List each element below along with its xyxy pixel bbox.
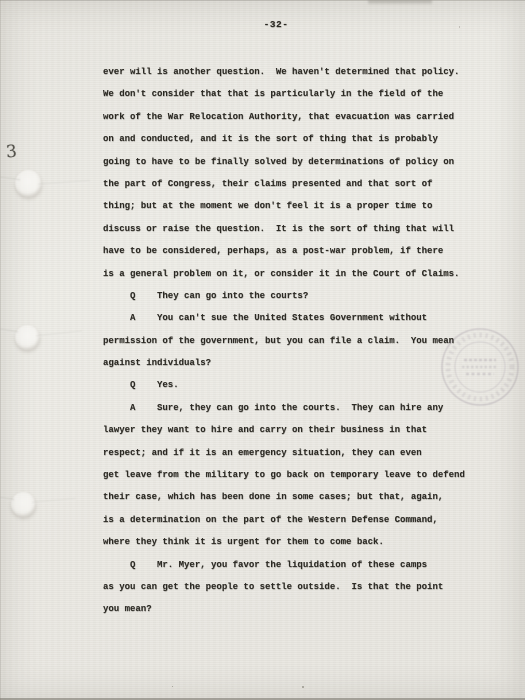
paper-speck bbox=[172, 686, 173, 687]
typed-line: against individuals? bbox=[103, 352, 483, 374]
typed-line: have to be considered, perhaps, as a pos… bbox=[103, 240, 483, 262]
typed-line: is a determination on the part of the We… bbox=[103, 509, 483, 531]
typed-line: thing; but at the moment we don't feel i… bbox=[103, 195, 483, 217]
typed-line-answer: A You can't sue the United States Govern… bbox=[103, 307, 483, 329]
typed-line: permission of the government, but you ca… bbox=[103, 330, 483, 352]
paper-speck bbox=[459, 26, 460, 28]
typed-line: going to have to be finally solved by de… bbox=[103, 151, 483, 173]
paper-speck bbox=[302, 686, 304, 688]
typed-line: where they think it is urgent for them t… bbox=[103, 531, 483, 553]
typed-line: respect; and if it is an emergency situa… bbox=[103, 442, 483, 464]
document-page: -32- 3 ever will is another question. We… bbox=[0, 0, 525, 700]
typed-line: discuss or raise the question. It is the… bbox=[103, 218, 483, 240]
typed-line: is a general problem on it, or consider … bbox=[103, 263, 483, 285]
typed-line: lawyer they want to hire and carry on th… bbox=[103, 419, 483, 441]
paper-crease bbox=[32, 498, 76, 504]
handwritten-margin-note: 3 bbox=[5, 142, 18, 163]
paper-crease bbox=[36, 331, 82, 338]
punch-hole bbox=[15, 170, 42, 197]
page-number: -32- bbox=[246, 19, 306, 31]
typed-line-answer: A Sure, they can go into the courts. The… bbox=[103, 397, 483, 419]
scan-smudge bbox=[368, 0, 432, 5]
typed-line-question: Q Mr. Myer, you favor the liquidation of… bbox=[103, 554, 483, 576]
typed-line: We don't consider that that is particula… bbox=[103, 83, 483, 105]
typed-body-text: ever will is another question. We haven'… bbox=[103, 61, 483, 621]
typed-line: ever will is another question. We haven'… bbox=[103, 61, 483, 83]
typed-line: as you can get the people to settle outs… bbox=[103, 576, 483, 598]
typed-line: their case, which has been done in some … bbox=[103, 486, 483, 508]
typed-line: on and conducted, and it is the sort of … bbox=[103, 128, 483, 150]
typed-line: work of the War Relocation Authority, th… bbox=[103, 106, 483, 128]
typed-line: the part of Congress, their claims prese… bbox=[103, 173, 483, 195]
paper-crease bbox=[38, 180, 90, 186]
typed-line: you mean? bbox=[103, 598, 483, 620]
punch-hole bbox=[15, 325, 40, 350]
typed-line-question: Q Yes. bbox=[103, 374, 483, 396]
typed-line-question: Q They can go into the courts? bbox=[103, 285, 483, 307]
punch-hole bbox=[11, 492, 36, 517]
typed-line: get leave from the military to go back o… bbox=[103, 464, 483, 486]
